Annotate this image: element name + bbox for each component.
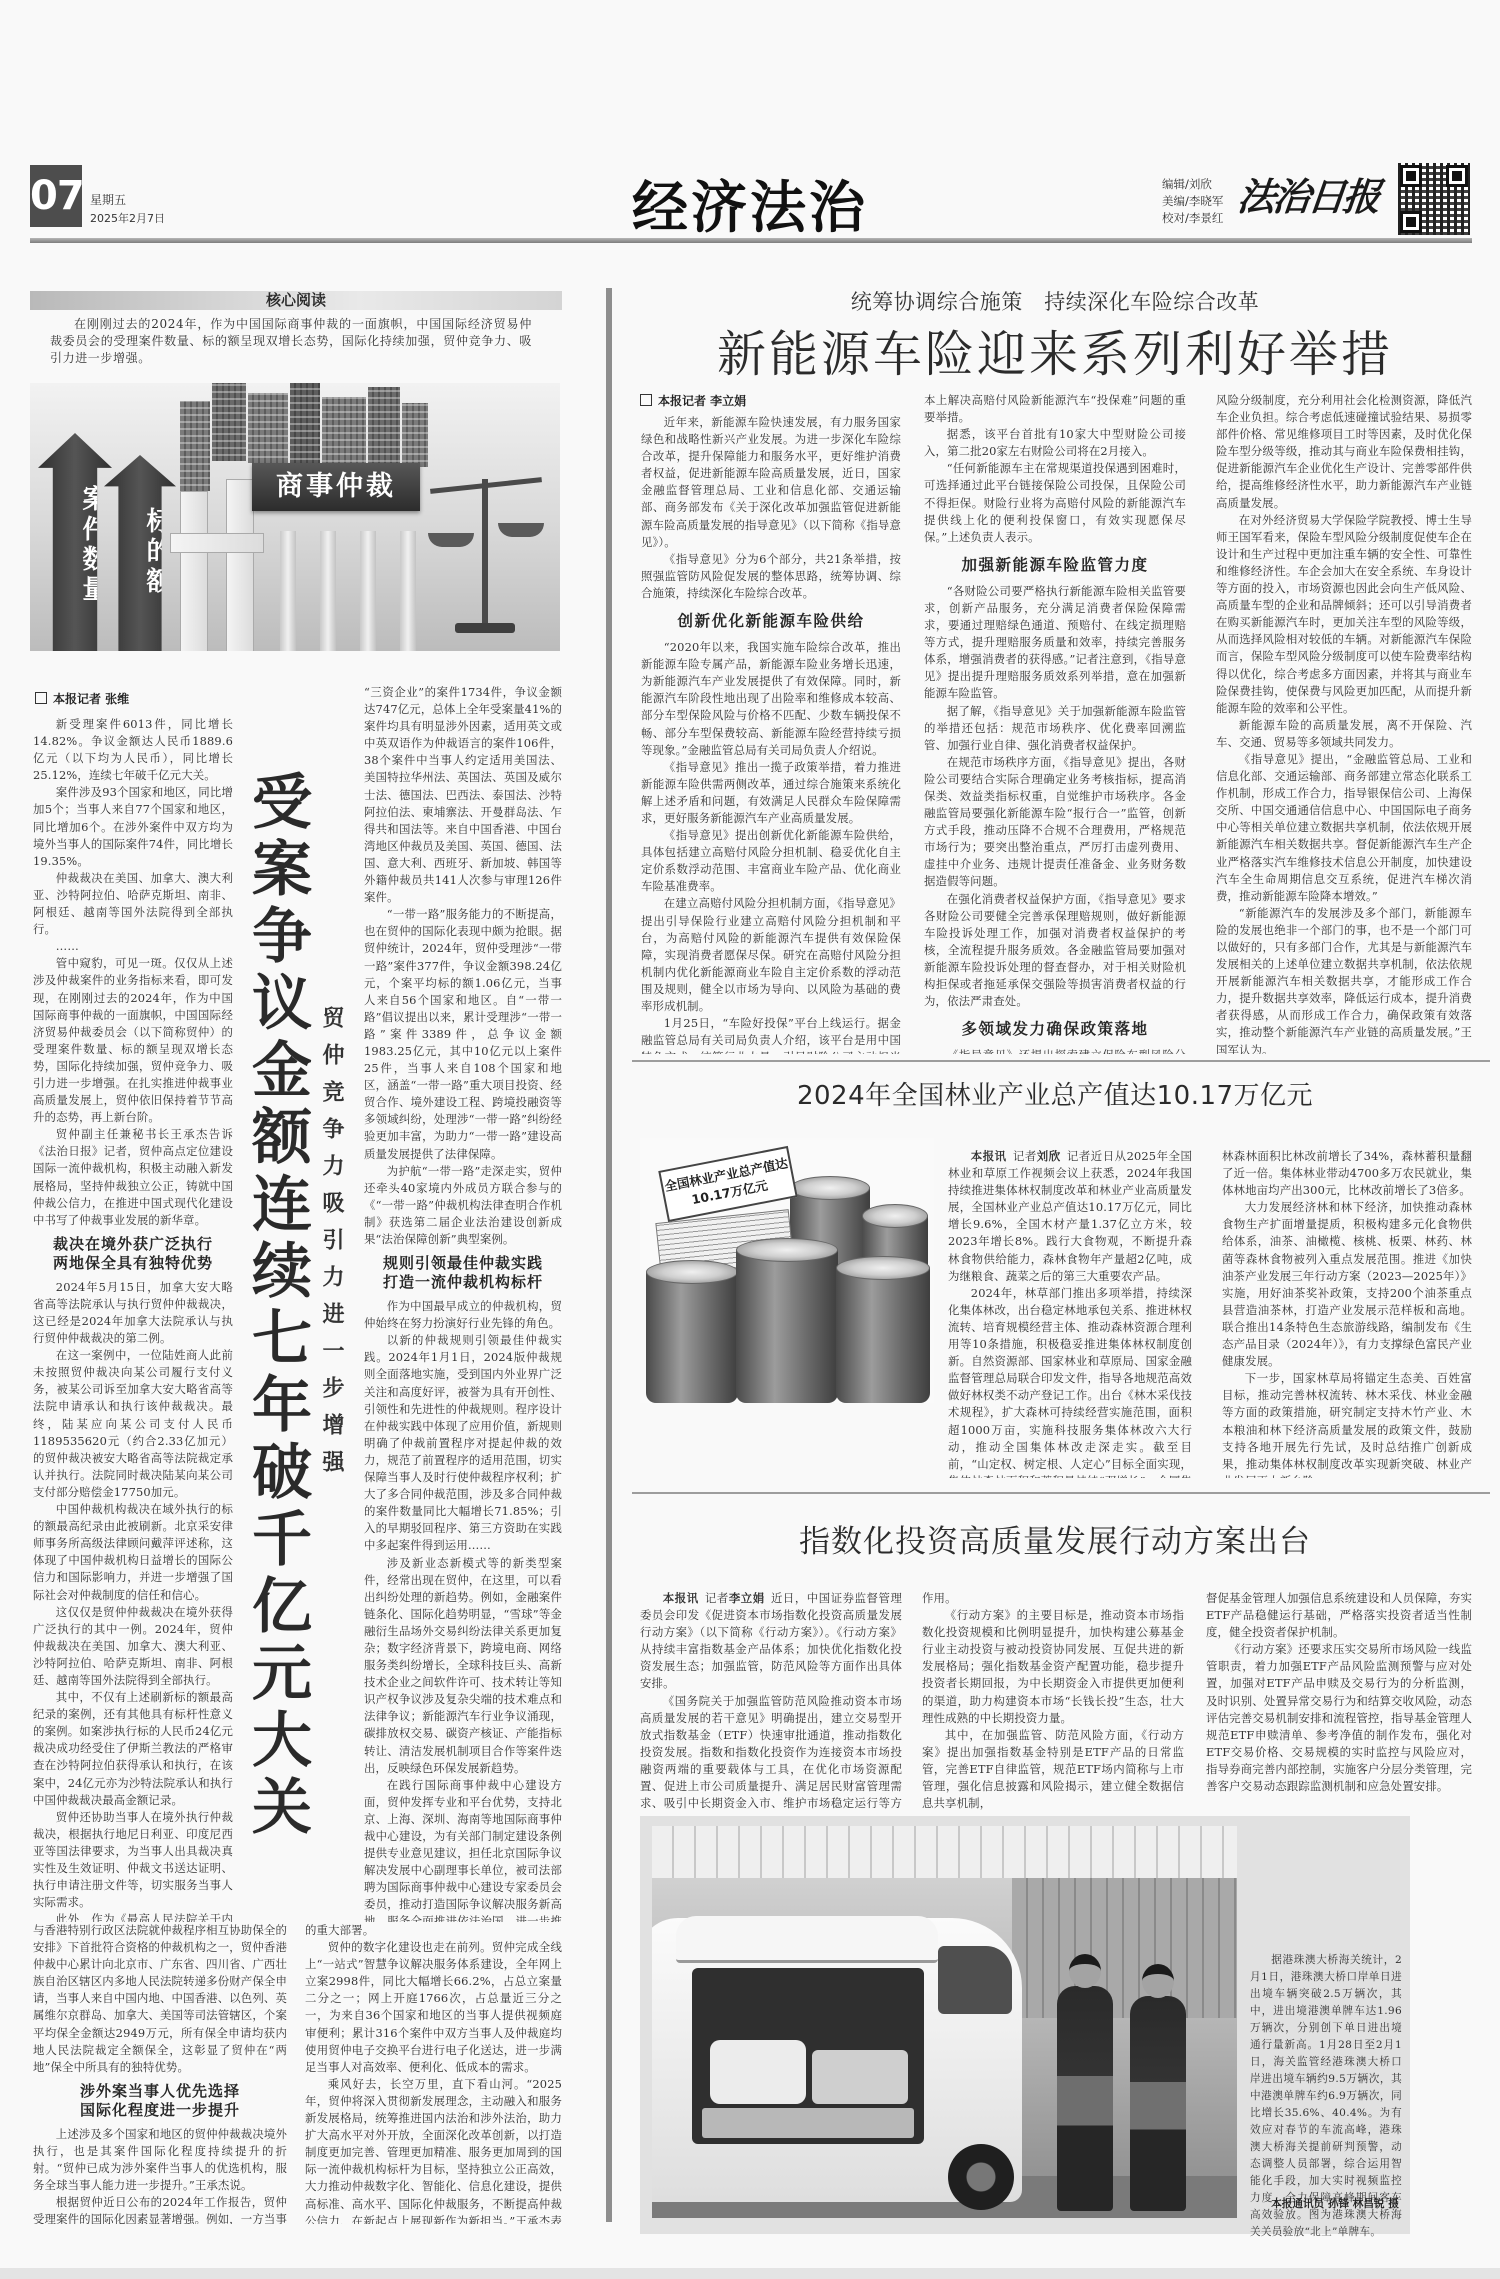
paragraph: “三资企业”的案件1734件，争议金额达747亿元，总体上全年受案量41%的案件… (364, 684, 562, 906)
byline: 本报记者 张维 (35, 688, 129, 707)
pillar-icon (360, 531, 376, 651)
arbitration-column-middle-upper: “三资企业”的案件1734件，争议金额达747亿元，总体上全年受案量41%的案件… (364, 684, 562, 1922)
arbitration-column-left-lower: 与香港特别行政区法院就仲裁程序相互协助保全的安排》下首批符合资格的仲裁机构之一，… (33, 1922, 287, 2224)
masthead-logo: 法治日报 (1235, 166, 1397, 221)
paragraph: “各财险公司要严格执行新能源车险相关监管要求，创新产品服务，充分满足消费者保险保… (924, 583, 1186, 703)
section-heading: 创新优化新能源车险供给 (641, 611, 901, 631)
paragraph: 据悉，该平台首批有10家大中型财险公司接入，第二批20家左右财险公司将在2月接入… (924, 426, 1186, 460)
section-heading: 多领域发力确保政策落地 (924, 1019, 1186, 1039)
credits: 编辑/刘欣 美编/李晓军 校对/李景红 (1162, 176, 1223, 227)
luggage-icon (812, 2050, 908, 2104)
scales-of-justice-icon (482, 479, 488, 629)
paragraph: “任何新能源车主在常规渠道投保遇到困难时，可选择通过此平台链接保险公司投保，且保… (924, 460, 1186, 545)
paragraph: 为护航“一带一路”走深走实，贸仲还牵头40家境内外成员方联合参与的《“一带一路”… (364, 1163, 562, 1248)
customs-officer-figure (1130, 1996, 1186, 2211)
paragraph: 涉及新业态新模式等的新类型案件，经常出现在贸仲，在这里，可以看出纠纷处理的新趋势… (364, 1555, 562, 1777)
paragraph: 大力发展经济林和林下经济，加快推动森林食物生产扩面增量提质，积极构建多元化食物供… (1222, 1199, 1472, 1370)
paragraph: 贸仲还协助当事人在境外执行仲裁裁决，根据执行地尼日利亚、印度尼西亚等国法律要求，… (33, 1809, 233, 1912)
weekday: 星期五 (90, 191, 126, 208)
forestry-column-1: 本报讯 记者刘欣 记者近日从2025年全国林业和草原工作视频会议上获悉，2024… (948, 1148, 1192, 1478)
heading-line: 涉外案当事人优先选择 (33, 2082, 287, 2101)
scales-base (455, 623, 515, 633)
arbitration-column-left-upper: 新受理案件6013件，同比增长14.82%。争议金额达人民币1889.6亿元（以… (33, 716, 233, 1922)
pale-glyph-shape (226, 479, 254, 651)
paragraph: 作为中国最早成立的仲裁机构，贸仲始终在努力扮演好行业先锋的角色。 (364, 1298, 562, 1332)
paragraph: 在这一案例中，一位陆姓商人此前未按照贸仲裁决向某公司履行支付义务，被某公司诉至加… (33, 1347, 233, 1501)
tree-stump-icon (736, 1250, 838, 1403)
byline-text: 本报记者 李立娟 (658, 394, 746, 408)
credit-editor: 编辑/刘欣 (1162, 176, 1223, 193)
article-divider (632, 1060, 1490, 1062)
byline-box-icon (640, 394, 652, 406)
paragraph: 督促基金管理人加强信息系统建设和人员保障，夯实ETF产品稳健运行基础，严格落实投… (1206, 1590, 1472, 1641)
up-arrow-icon: 案件数量 (38, 433, 112, 651)
paragraph: 《国务院关于加强监管防范风险推动资本市场高质量发展的若干意见》明确提出，建立交易… (640, 1693, 902, 1814)
paragraph: 与香港特别行政区法院就仲裁程序相互协助保全的安排》下首批符合资格的仲裁机构之一，… (33, 1922, 287, 2076)
paragraph: 本上解决高赔付风险新能源汽车“投保难”问题的重要举措。 (924, 392, 1186, 426)
building-icon (212, 383, 246, 461)
luggage-box (702, 2108, 914, 2138)
building-icon (180, 401, 210, 491)
nev-column-1: 近年来，新能源车险快速发展，有力服务国家绿色和战略性新兴产业发展。为进一步深化车… (641, 414, 901, 1054)
nev-column-2: 本上解决高赔付风险新能源汽车“投保难”问题的重要举措。 据悉，该平台首批有10家… (924, 392, 1186, 1054)
paragraph: 林森林面积比林改前增长了34%，森林蓄积量翻了近一倍。集体林业带动4700多万农… (1222, 1148, 1472, 1199)
paragraph: 据了解，《指导意见》关于加强新能源车险监管的举措还包括：规范市场秩序、优化费率回… (924, 703, 1186, 754)
paragraph: 乘风好去，长空万里，直下看山河。“2025年，贸仲将深入贯彻新发展理念，主动融入… (305, 2076, 562, 2224)
qr-finder-bottom-left (1400, 211, 1422, 233)
arbitration-column-middle-lower: 的重大部署。 贸仲的数字化建设也走在前列。贸仲完成全线上“一站式”智慧争议解决服… (305, 1922, 562, 2224)
paragraph: 风险分级制度，充分利用社会化检测资源，降低汽车企业负担。综合考虑低速碰撞试验结果… (1216, 392, 1472, 512)
paragraph: 在对外经济贸易大学保险学院教授、博士生导师王国军看来，保险车型风险分级制度促使车… (1216, 512, 1472, 717)
arbitration-headline: 受案争议金额连续七年破千亿元大关 (241, 770, 313, 1842)
page-number: 07 (30, 165, 82, 227)
paragraph: 《指导意见》推出一揽子政策举措，着力推进新能源车险供需两侧改革，通过综合施策来系… (641, 759, 901, 827)
paragraph: 在建立高赔付风险分担机制方面，《指导意见》提出引导保险行业建立高赔付风险分担机制… (641, 895, 901, 1015)
credit-designer: 美编/李晓军 (1162, 193, 1223, 210)
credit-proofreader: 校对/李景红 (1162, 210, 1223, 227)
paragraph: 新受理案件6013件，同比增长14.82%。争议金额达人民币1889.6亿元（以… (33, 716, 233, 784)
arrow-label-amount: 标的额 (104, 507, 176, 597)
issue-date: 2025年2月7日 (90, 210, 165, 226)
section-heading: 裁决在境外获广泛执行 两地保全具有独特优势 (33, 1235, 233, 1273)
reporter-label: 记者 (705, 1591, 729, 1605)
paragraph: 中国仲裁机构裁决在域外执行的标的额最高纪录由此被刷新。北京采安律师事务所高级法律… (33, 1501, 233, 1604)
article-divider (632, 1492, 1490, 1494)
luggage-icon (710, 2040, 806, 2104)
section-title: 经济法治 (600, 164, 900, 244)
officer-head (1069, 1954, 1101, 1988)
lead-text: 近日，中国证券监督管理委员会印发《促进资本市场指数化投资高质量发展行动方案》（以… (640, 1591, 902, 1690)
wheel-icon (948, 2144, 1014, 2210)
core-reading-text: 在刚刚过去的2024年，作为中国国际商事仲裁的一面旗帜，中国国际经济贸易仲裁委员… (50, 316, 532, 367)
heading-line: 裁决在境外获广泛执行 (33, 1235, 233, 1254)
scales-pan-right (498, 523, 544, 537)
paragraph: “一带一路”服务能力的不断提高，也在贸仲的国际化表现中颇为抢眼。据贸仲统计，20… (364, 906, 562, 1162)
up-arrow-icon: 标的额 (104, 455, 176, 651)
arrow-label-case-count: 案件数量 (38, 485, 112, 605)
paragraph: 这仅仅是贸仲仲裁裁决在境外获得广泛执行的其中一例。2024年，贸仲仲裁裁决在美国… (33, 1604, 233, 1689)
paragraph: 《指导意见》分为6个部分，共21条举措，按照强监管防风险促发展的整体思路，统筹协… (641, 551, 901, 602)
paragraph: 在规范市场秩序方面，《指导意见》提出，各财险公司要结合实际合理确定业务考核指标，… (924, 754, 1186, 891)
tree-stump-icon (646, 1272, 738, 1403)
forestry-column-2: 林森林面积比林改前增长了34%，森林蓄积量翻了近一倍。集体林业带动4700多万农… (1222, 1148, 1472, 1478)
paragraph-lead: 本报讯 记者刘欣 记者近日从2025年全国林业和草原工作视频会议上获悉，2024… (948, 1148, 1192, 1285)
core-reading-title: 核心阅读 (30, 291, 562, 310)
qr-finder-top-right (1446, 165, 1468, 187)
paragraph: 新能源车险的高质量发展，离不开保险、汽车、交通、贸易等多领域共同发力。 (1216, 717, 1472, 751)
paragraph: 以新的仲裁规则引领最佳仲裁实践。2024年1月1日，2024版仲裁规则全面落地实… (364, 1332, 562, 1554)
paragraph-lead: 本报讯 记者李立娟 近日，中国证券监督管理委员会印发《促进资本市场指数化投资高质… (640, 1590, 902, 1693)
paragraph: 案件涉及93个国家和地区，同比增加5个；当事人来自77个国家和地区，同比增加6个… (33, 784, 233, 869)
pale-glyph-shape (180, 491, 208, 651)
paragraph-ellipsis: …… (33, 938, 233, 955)
paragraph: 下一步，国家林草局将锚定生态美、百姓富目标，推动完善林权流转、林木采伐、林业金融… (1222, 1370, 1472, 1478)
paragraph: 的重大部署。 (305, 1922, 562, 1939)
paragraph: 仲裁裁决在美国、加拿大、澳大利亚、沙特阿拉伯、哈萨克斯坦、南非、阿根廷、越南等国… (33, 870, 233, 938)
pillar-icon (400, 531, 416, 651)
section-heading: 加强新能源车险监管力度 (924, 555, 1186, 575)
background-building (1012, 1878, 1237, 2018)
paragraph: 近年来，新能源车险快速发展，有力服务国家绿色和战略性新兴产业发展。为进一步深化车… (641, 414, 901, 551)
index-column-1: 本报讯 记者李立娟 近日，中国证券监督管理委员会印发《促进资本市场指数化投资高质… (640, 1590, 902, 1814)
heading-line: 国际化程度进一步提升 (33, 2101, 287, 2120)
van-side-window (938, 1946, 1012, 2014)
paragraph: 作用。 (922, 1590, 1184, 1607)
paragraph: 上述涉及多个国家和地区的贸仲仲裁裁决境外执行，也是其案件国际化程度持续提升的折射… (33, 2126, 287, 2194)
paragraph: 其中，在加强监管、防范风险方面，《行动方案》提出加强指数基金特别是ETF产品的日… (922, 1727, 1184, 1812)
pale-glyph-shape (170, 533, 264, 553)
commercial-arbitration-banner: 商事仲裁 (252, 463, 420, 511)
paragraph: 此外，作为《最高人民法院关于内地 (33, 1911, 233, 1922)
paragraph: 1月25日，“车险好投保”平台上线运行。据金融监管总局有关司局负责人介绍，该平台… (641, 1015, 901, 1054)
paragraph: 在强化消费者权益保护方面，《指导意见》要求各财险公司要健全完善承保理赔规则，做好… (924, 891, 1186, 1011)
paragraph: “2020年以来，我国实施车险综合改革，推出新能源车险专属产品，新能源车险业务增… (641, 639, 901, 759)
section-divider-vertical (606, 288, 612, 2222)
reporter-name: 李立娟 (729, 1591, 765, 1605)
heading-line: 规则引领最佳仲裁实践 (364, 1254, 562, 1273)
nev-column-3: 风险分级制度，充分利用社会化检测资源，降低汽车企业负担。综合考虑低速碰撞试验结果… (1216, 392, 1472, 1054)
paragraph: 2024年，林草部门推出多项举措，持续深化集体林改，出台稳定林地承包关系、推进林… (948, 1285, 1192, 1478)
paragraph: 《指导意见》提出，“金融监管总局、工业和信息化部、交通运输部、商务部建立常态化联… (1216, 751, 1472, 905)
reporter-label: 记者 (1012, 1149, 1036, 1163)
paragraph: 《行动方案》还要求压实交易所市场风险一线监管职责，着力加强ETF产品风险监测预警… (1206, 1641, 1472, 1795)
van-trunk-lid (676, 1916, 938, 1963)
photo-credit: 本报通讯员 孙锋 林昌锐 摄 (1250, 2196, 1410, 2211)
paragraph: 其中，不仅有上述刷新标的额最高纪录的案例，还有其他具有标杆性意义的案例。如案涉执… (33, 1689, 233, 1809)
paragraph: 根据贸仲近日公布的2024年工作报告，贸仲受理案件的国际化因素显著增强。例如，一… (33, 2194, 287, 2224)
arbitration-illustration: 案件数量 标的额 商事仲裁 (30, 383, 560, 651)
forestry-headline: 2024年全国林业产业总产值达10.17万亿元 (630, 1075, 1480, 1112)
nev-headline: 新能源车险迎来系列利好举措 (630, 316, 1480, 386)
paragraph: 《行动方案》的主要目标是，推动资本市场指数化投资规模和比例明显提升，加快构建公募… (922, 1607, 1184, 1727)
arbitration-subheadline: 贸仲竞争力吸引力进一步增强 (316, 1006, 346, 1487)
paragraph: 《指导意见》提出创新优化新能源车险供给，具体包括建立高赔付风险分担机制、稳妥优化… (641, 827, 901, 895)
building-icon (402, 403, 428, 467)
paragraph: 贸仲的数字化建设也走在前列。贸仲完成全线上“一站式”智慧争议解决服务体系建设，全… (305, 1939, 562, 2076)
index-investment-headline: 指数化投资高质量发展行动方案出台 (630, 1516, 1480, 1561)
paragraph: 管中窥豹，可见一斑。仅仅从上述涉及仲裁案件的业务指标来看，即可发现，在刚刚过去的… (33, 955, 233, 1126)
pillar-icon (280, 531, 296, 651)
heading-line: 两地保全具有独特优势 (33, 1254, 233, 1273)
page-bottom-margin (0, 2268, 1500, 2279)
nev-kicker: 统筹协调综合施策 持续深化车险综合改革 (630, 286, 1480, 316)
building-icon (290, 383, 320, 465)
pillar-icon (320, 531, 336, 651)
newspaper-page: 07 星期五 2025年2月7日 经济法治 编辑/刘欣 美编/李晓军 校对/李景… (0, 0, 1500, 2279)
header-divider (30, 238, 1472, 243)
index-column-3: 督促基金管理人加强信息系统建设和人员保障，夯实ETF产品稳健运行基础，严格落实投… (1206, 1590, 1472, 1814)
building-icon (248, 393, 288, 463)
paragraph: 在践行国际商事仲裁中心建设方面，贸仲发挥专业和平台优势，支持北京、上海、深圳、海… (364, 1777, 562, 1922)
news-tag: 本报讯 (971, 1149, 1007, 1163)
paragraph: “新能源汽车的发展涉及多个部门，新能源车险的发展也绝非一个部门的事，也不是一个部… (1216, 905, 1472, 1054)
news-tag: 本报讯 (663, 1591, 699, 1605)
qr-code-icon (1398, 163, 1470, 235)
tree-stump-icon (836, 1268, 930, 1403)
customs-officer-figure (1057, 1986, 1113, 2211)
qr-finder-top-left (1400, 165, 1422, 187)
reporter-name: 刘欣 (1037, 1149, 1061, 1163)
heading-line: 打造一流仲裁机构标杆 (364, 1273, 562, 1292)
building-icon (322, 397, 366, 467)
byline-box-icon (35, 692, 47, 704)
paragraph: 《指导意见》还提出探索建立保险车型风险分级制度，如研究制定低速碰撞试验标准，建立… (924, 1047, 1186, 1054)
section-heading: 涉外案当事人优先选择 国际化程度进一步提升 (33, 2082, 287, 2120)
customs-inspection-photo (652, 1826, 1237, 2218)
paragraph: 贸仲副主任兼秘书长王承杰告诉《法治日报》记者，贸仲高点定位建设国际一流仲裁机构，… (33, 1126, 233, 1229)
section-heading: 规则引领最佳仲裁实践 打造一流仲裁机构标杆 (364, 1254, 562, 1292)
index-column-2: 作用。 《行动方案》的主要目标是，推动资本市场指数化投资规模和比例明显提升，加快… (922, 1590, 1184, 1814)
byline: 本报记者 李立娟 (640, 390, 746, 409)
scales-pan-left (428, 533, 474, 547)
byline-text: 本报记者 张维 (53, 692, 129, 706)
canopy-roof (652, 1826, 1237, 1878)
officer-head (1142, 1964, 1174, 1998)
building-icon (368, 387, 400, 467)
lead-text: 记者近日从2025年全国林业和草原工作视频会议上获悉，2024年我国持续推进集体… (948, 1149, 1192, 1283)
forestry-illustration: 全国林业产业总产值达 10.17万亿元 (640, 1138, 934, 1403)
paragraph: 2024年5月15日，加拿大安大略省高等法院承认与执行贸仲仲裁裁决，这已经是20… (33, 1279, 233, 1347)
